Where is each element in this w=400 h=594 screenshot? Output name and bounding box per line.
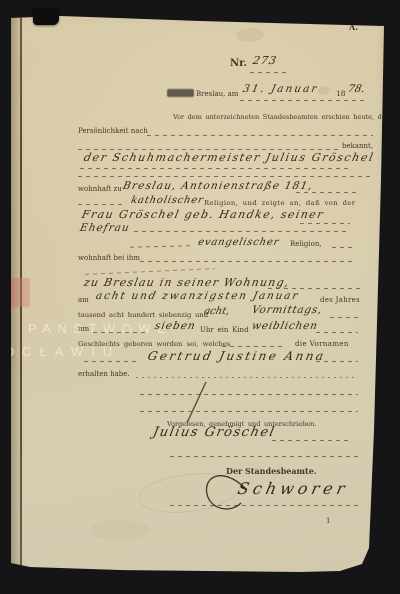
fill-line [85, 268, 215, 275]
identity-label: Persönlichkeit nach [78, 128, 148, 135]
registry-number-label: Nr. [230, 59, 247, 69]
year-words-handwritten: acht, [203, 307, 230, 317]
fill-line [296, 192, 358, 193]
fill-line [316, 332, 358, 333]
stamp-ghost [136, 468, 242, 518]
fill-line [316, 361, 358, 362]
fill-line [136, 377, 358, 378]
cancellation-stroke [187, 382, 206, 423]
fill-line [332, 247, 352, 248]
ink-smudge [167, 89, 194, 97]
year-words-printed: tausend acht hundert siebenzig und [78, 312, 208, 319]
gender-clause: Geschlechts geboren worden sei, welches [78, 341, 230, 348]
fill-line [84, 361, 140, 362]
mother-religion-entry: evangelischer [197, 238, 280, 248]
mother-relation-entry: Ehefrau [79, 223, 131, 234]
names-label: die Vornamen [295, 341, 349, 348]
page-number: 1 [326, 518, 330, 525]
binding-clip [33, 8, 59, 25]
fill-line [93, 332, 149, 333]
child-names-entry: Gertrud Justine Anna [147, 350, 327, 362]
mother-entry: Frau Gröschel geb. Handke, seiner [81, 209, 325, 220]
registrar-title: Der Standesbeamte. [226, 467, 317, 475]
paper-stain [90, 520, 150, 540]
fill-line [130, 245, 190, 248]
religion-clause: Religion, und zeigte an, daß von der [204, 200, 355, 207]
fill-line [250, 72, 286, 73]
watermark-line1: PAŃSTWOWE [28, 321, 172, 336]
fill-line [78, 176, 374, 177]
fill-line [140, 411, 358, 412]
declarant-religion-entry: katholischer [130, 196, 205, 206]
fill-line [78, 204, 126, 205]
fill-line [134, 231, 350, 232]
clock-clause: Uhr ein Kind [200, 327, 249, 334]
on-label: am [78, 297, 89, 304]
gender-entry: weiblichen [251, 321, 319, 332]
fill-line [170, 456, 358, 457]
fill-line [240, 100, 368, 101]
registry-number-value: 273 [252, 55, 278, 66]
archival-scan: PAŃSTWOWE OCŁAWIU A. Nr. 273 Breslau, am… [0, 0, 400, 594]
fill-line [300, 223, 350, 224]
dateline-year-printed: 18 [336, 90, 346, 98]
paper-stain [236, 28, 264, 42]
fill-line [170, 505, 358, 506]
document-page: PAŃSTWOWE OCŁAWIU A. Nr. 273 Breslau, am… [0, 0, 400, 594]
fill-line [80, 168, 352, 169]
fill-line [147, 135, 373, 136]
registrar-signature: Schworer [236, 481, 350, 497]
fill-line [140, 394, 358, 395]
fill-line [272, 440, 352, 441]
fill-line [268, 288, 360, 289]
form-letter: A. [349, 23, 358, 31]
known-word: bekannt, [342, 143, 373, 150]
fill-line [222, 346, 284, 347]
dateline-year-handwritten: 78. [347, 84, 366, 95]
fill-line [78, 149, 338, 150]
daytime-entry: Vormittags, [251, 305, 323, 316]
religion-word: Religion, [290, 241, 322, 248]
living-with-label: wohnhaft bei ihm [78, 255, 140, 262]
paper-stain [318, 86, 330, 95]
dateline-date: 31. Januar [242, 84, 320, 95]
residence-label: wohnhaft zu [78, 186, 122, 193]
received-clause: erhalten habe. [78, 371, 130, 378]
declarant-signature: Julius Gröschel [152, 426, 277, 439]
dateline-place: Breslau, am [196, 91, 238, 98]
residence-entry: Breslau, Antonienstraße 181, [122, 181, 314, 192]
of-year-label: des Jahres [320, 297, 360, 304]
fill-line [140, 261, 356, 262]
birth-date-entry: acht und zwanzigsten Januar [95, 291, 300, 302]
at-label: um [78, 326, 89, 333]
hour-entry: sieben [154, 321, 197, 332]
declarant-entry: der Schuhmachermeister Julius Gröschel [83, 152, 376, 163]
fill-line [330, 317, 358, 318]
birth-place-entry: zu Breslau in seiner Wohnung, [83, 277, 291, 288]
red-archive-marker [6, 278, 30, 307]
intro-line: Vor dem unterzeichneten Standesbeamten e… [173, 114, 389, 121]
